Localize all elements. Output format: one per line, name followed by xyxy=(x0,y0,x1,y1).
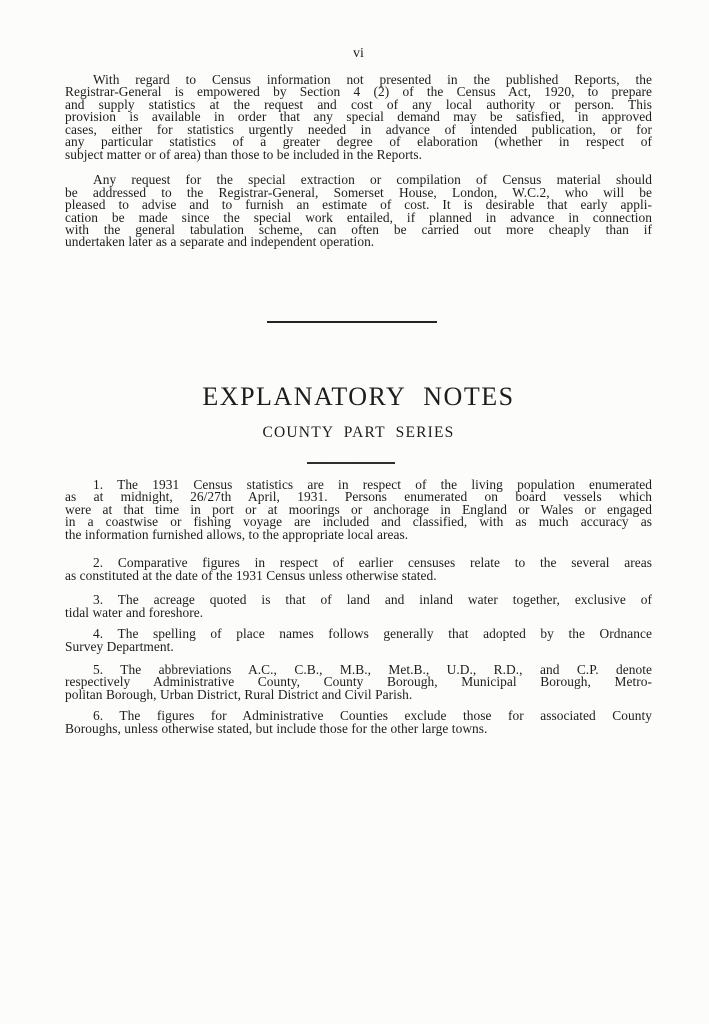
section-divider-rule xyxy=(267,321,437,323)
text-line: politan Borough, Urban District, Rural D… xyxy=(65,689,652,701)
explanatory-note: 2. Comparative figures in respect of ear… xyxy=(65,557,652,582)
subtitle-divider-rule xyxy=(307,462,395,464)
scanned-document-page: vi With regard to Census information not… xyxy=(0,0,709,1024)
text-line: the information furnished allows, to the… xyxy=(65,529,652,541)
intro-paragraphs-section: With regard to Census information not pr… xyxy=(65,74,652,249)
explanatory-note: 1. The 1931 Census statistics are in res… xyxy=(65,479,652,541)
text-line: as constituted at the date of the 1931 C… xyxy=(65,570,652,582)
text-line: subject matter or of area) than those to… xyxy=(65,149,652,161)
explanatory-note: 3. The acreage quoted is that of land an… xyxy=(65,594,652,619)
explanatory-note: 4. The spelling of place names follows g… xyxy=(65,628,652,653)
text-line: tidal water and foreshore. xyxy=(65,607,652,619)
page-subtitle: COUNTY PART SERIES xyxy=(65,424,652,441)
numbered-notes-section: 1. The 1931 Census statistics are in res… xyxy=(65,479,652,735)
text-line: Survey Department. xyxy=(65,641,652,653)
intro-paragraph: Any request for the special extraction o… xyxy=(65,174,652,249)
text-line: undertaken later as a separate and indep… xyxy=(65,236,652,248)
explanatory-note: 5. The abbreviations A.C., C.B., M.B., M… xyxy=(65,664,652,701)
page-number: vi xyxy=(65,47,652,61)
page-title: EXPLANATORY NOTES xyxy=(65,383,652,411)
intro-paragraph: With regard to Census information not pr… xyxy=(65,74,652,161)
text-line: Boroughs, unless otherwise stated, but i… xyxy=(65,723,652,735)
explanatory-note: 6. The figures for Administrative Counti… xyxy=(65,710,652,735)
